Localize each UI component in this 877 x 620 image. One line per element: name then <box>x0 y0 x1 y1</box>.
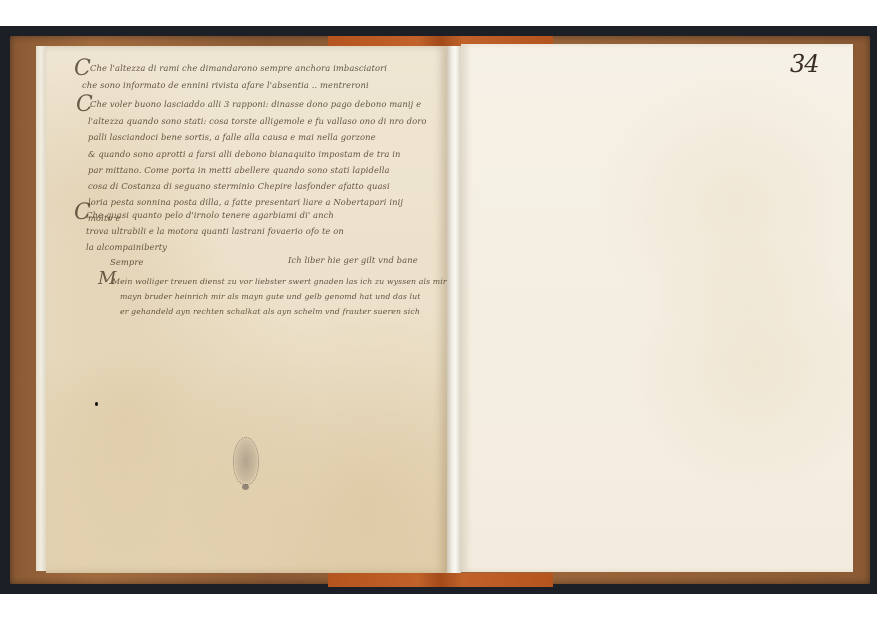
text-line: Mein wolliger treuen dienst zu vor liebs… <box>112 278 447 286</box>
text-line: palli lasciandoci bene sortis, a falle a… <box>88 133 376 141</box>
text-line: cosa di Costanza di seguano sterminio Ch… <box>88 182 390 190</box>
text-line: la alcompainiberty <box>86 243 167 251</box>
text-line: Sempre <box>110 258 144 266</box>
text-line: Che quasi quanto pelo d'irnolo tenere ag… <box>86 211 334 219</box>
initial-c: C <box>74 56 91 81</box>
text-line: loria pesta sonnina posta dilla, a fatte… <box>88 198 403 206</box>
text-line: trova ultrabili e la motora quanti lastr… <box>86 227 344 235</box>
ink-spot <box>95 402 98 406</box>
spine-bottom <box>328 573 553 587</box>
text-line: Che voler buono lasciaddo alli 3 rapponi… <box>90 100 421 108</box>
right-page <box>461 44 853 572</box>
folio-number: 34 <box>790 50 819 78</box>
text-line: & quando sono aprotti a farsi alli debon… <box>88 150 401 158</box>
text-line: par mittano. Come porta in metti abeller… <box>88 166 390 174</box>
text-line: er gehandeld ayn rechten schalkat als ay… <box>120 308 420 316</box>
library-stamp-icon <box>233 437 259 485</box>
text-line: Che l'altezza di rami che dimandarono se… <box>90 64 387 72</box>
text-line: mayn bruder heinrich mir als mayn gute u… <box>120 293 420 301</box>
signature-line: Ich liber hie ger gilt vnd bane <box>288 256 418 264</box>
text-line: che sono informato de ennini rivista afa… <box>82 81 369 89</box>
book-gutter <box>447 46 461 573</box>
text-line: l'altezza quando sono stati: cosa torste… <box>88 117 427 125</box>
